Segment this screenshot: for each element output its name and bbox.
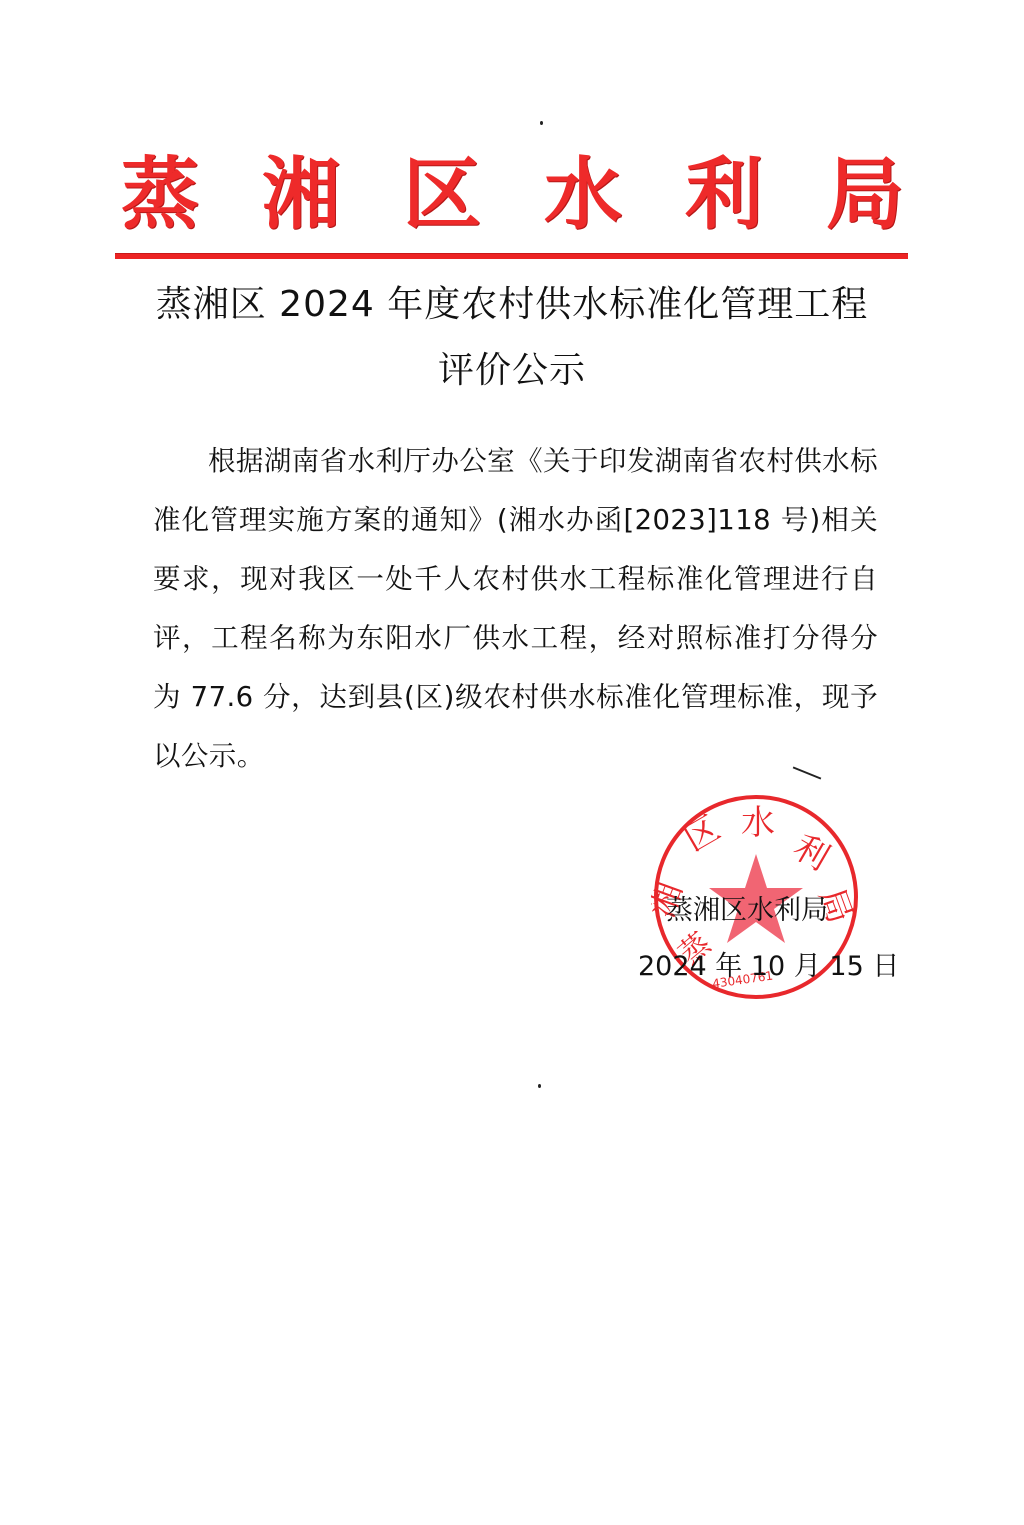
letterhead-char: 区: [397, 150, 487, 240]
letterhead-char: 蒸: [115, 150, 205, 240]
announcement-body: 根据湖南省水利厅办公室《关于印发湖南省农村供水标准化管理实施方案的通知》(湘水办…: [153, 432, 878, 786]
letterhead-char: 水: [538, 150, 628, 240]
letterhead-char: 湘: [256, 150, 346, 240]
svg-text:区: 区: [678, 808, 727, 860]
letterhead-char: 局: [820, 150, 910, 240]
org-letterhead: 蒸 湘 区 水 利 局: [115, 150, 910, 240]
scan-mark-top: [540, 121, 543, 125]
letterhead-red-rule: [115, 253, 908, 259]
letterhead-char: 利: [679, 150, 769, 240]
scan-mark-bottom: [538, 1084, 541, 1088]
document-title-line1: 蒸湘区 2024 年度农村供水标准化管理工程: [0, 276, 1024, 327]
svg-text:水: 水: [741, 803, 775, 843]
document-title-line2: 评价公示: [0, 342, 1024, 393]
svg-text:利: 利: [787, 827, 836, 879]
signature-org: 蒸湘区水利局: [666, 888, 828, 927]
signature-date: 2024 年 10 月 15 日: [638, 944, 899, 983]
